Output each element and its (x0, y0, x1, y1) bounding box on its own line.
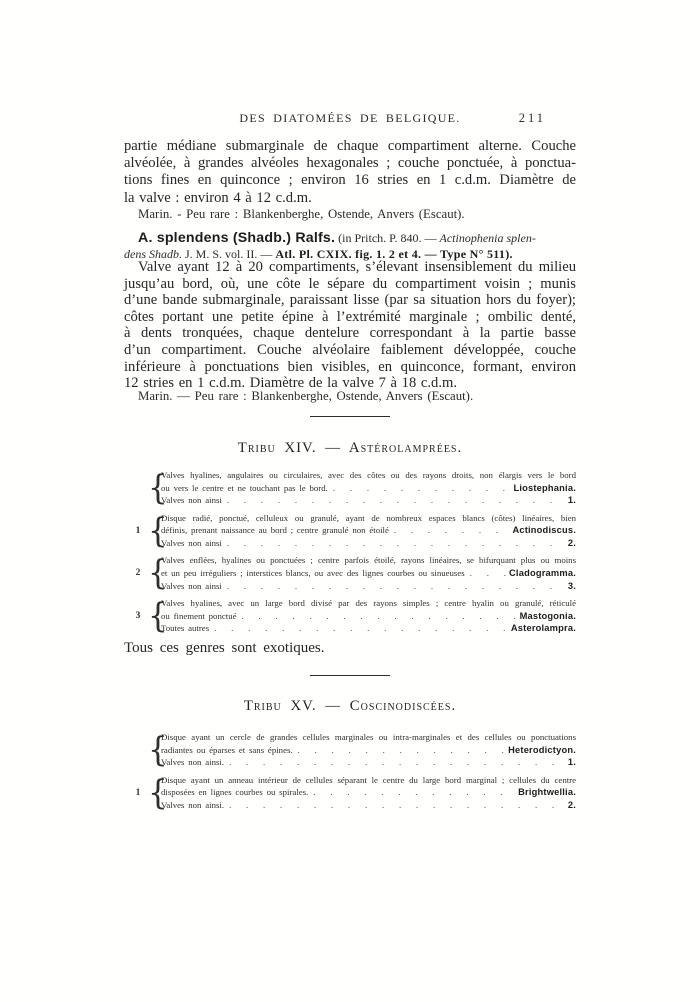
key-result-name: 1. (568, 756, 576, 769)
key-group-number (128, 469, 148, 507)
key-line-text: Valves non ainsi. (161, 756, 224, 769)
key-result-name: Actinodiscus. (512, 524, 576, 537)
key-line: Valves hyalines, avec un large bord divi… (161, 597, 576, 610)
tribu-xv-heading: Tribu XV. — Coscinodiscées. (124, 698, 576, 715)
text-segment-italic: Actinophenia splen- (440, 231, 536, 245)
key-line-text: radiantes ou éparses et sans épines. (161, 744, 293, 757)
dot-leader: . . . . . . . . . . . . . . . . . . . . … (394, 524, 510, 537)
key-result-name: 2. (568, 537, 576, 550)
key-line-text: ou finement ponctué (161, 610, 237, 623)
key-line: ou finement ponctué. . . . . . . . . . .… (161, 610, 576, 623)
key-result-name: Mastogonia. (520, 610, 576, 623)
dot-leader: . . . . . . . . . . . . . . . . . . . . … (470, 567, 506, 580)
key-line-text: Valves non ainsi. (161, 799, 224, 812)
text-line: côtes portant une petite épine à l’extré… (124, 309, 576, 326)
key-line: ou vers le centre et ne touchant pas le … (161, 482, 576, 495)
key-result-name: Heterodictyon. (508, 744, 576, 757)
page-number: 211 (519, 111, 546, 126)
key-line: Valves non ainsi. . . . . . . . . . . . … (161, 580, 576, 593)
key-line: Disque radié, ponctué, celluleux ou gran… (161, 512, 576, 525)
key-line: Disque ayant un anneau intérieur de cell… (161, 774, 576, 787)
key-result-name: Asterolampra. (511, 622, 576, 635)
key-line: radiantes ou éparses et sans épines.. . … (161, 744, 576, 757)
text-line: d’un compartiment. Couche alvéolaire fai… (124, 342, 576, 359)
dot-leader: . . . . . . . . . . . . . . . . . . . . … (227, 537, 565, 550)
dot-leader: . . . . . . . . . . . . . . . . . . . . … (227, 494, 565, 507)
paragraph-couche-alveolee: partie médiane submarginale de chaque co… (124, 138, 576, 207)
key-line: et un peu irréguliers ; interstices blan… (161, 567, 576, 580)
key-table-asterolamprees: {Valves hyalines, angulaires ou circulai… (128, 469, 576, 639)
text-line: alvéolée, à grandes alvéoles hexagonales… (124, 155, 576, 172)
text-segment-roman: (in Pritch. P. 840. — (335, 231, 439, 245)
dot-leader: . . . . . . . . . . . . . . . . . . . . … (214, 622, 508, 635)
key-line-text: définis, prenant naissance au bord ; cen… (161, 524, 389, 537)
key-result-name: 2. (568, 799, 576, 812)
key-result-name: 3. (568, 580, 576, 593)
section-rule-1 (310, 416, 390, 417)
exotic-genera-note: Tous ces genres sont exotiques. (124, 640, 576, 657)
dot-leader: . . . . . . . . . . . . . . . . . . . . … (229, 799, 565, 812)
paragraph-valve-description: Valve ayant 12 à 20 compartiments, s’éle… (124, 259, 576, 392)
key-group: {Valves hyalines, angulaires ou circulai… (128, 469, 576, 507)
key-line: définis, prenant naissance au bord ; cen… (161, 524, 576, 537)
key-group: 1{Disque radié, ponctué, celluleux ou gr… (128, 512, 576, 550)
habitat-line-1: Marin. - Peu rare : Blankenberghe, Osten… (124, 207, 576, 222)
key-line: Valves enflées, hyalines ou ponctuées ; … (161, 554, 576, 567)
dot-leader: . . . . . . . . . . . . . . . . . . . . … (333, 482, 511, 495)
key-line: Disque ayant un cercle de grandes cellul… (161, 731, 576, 744)
key-result-name: 1. (568, 494, 576, 507)
key-result-name: Cladogramma. (509, 567, 576, 580)
key-group-number: 2 (128, 554, 148, 592)
text-line: jusqu’au bord, où, une côte le sépare du… (124, 276, 576, 293)
dot-leader: . . . . . . . . . . . . . . . . . . . . … (242, 610, 517, 623)
key-group-number (128, 731, 148, 769)
key-group-lines: Valves hyalines, avec un large bord divi… (159, 597, 576, 635)
running-head: DES DIATOMÉES DE BELGIQUE. 211 (124, 111, 576, 127)
book-page: DES DIATOMÉES DE BELGIQUE. 211 partie mé… (0, 0, 700, 1002)
key-line-text: Valves non ainsi (161, 494, 222, 507)
key-line: Valves hyalines, angulaires ou circulair… (161, 469, 576, 482)
text-line: d’une bande submarginale, paraissant lis… (124, 292, 576, 309)
brace-icon: { (148, 729, 159, 770)
key-table-coscinodiscees: {Disque ayant un cercle de grandes cellu… (128, 731, 576, 816)
tribu-xiv-heading: Tribu XIV. — Astérolamprées. (124, 440, 576, 457)
key-group-number: 1 (128, 774, 148, 812)
text-line: Valve ayant 12 à 20 compartiments, s’éle… (124, 259, 576, 276)
text-line: la valve : environ 4 à 12 c.d.m. (124, 190, 576, 207)
key-line-text: et un peu irréguliers ; interstices blan… (161, 567, 465, 580)
brace-icon: { (148, 467, 159, 508)
key-group: 3{Valves hyalines, avec un large bord di… (128, 597, 576, 635)
key-group-number: 3 (128, 597, 148, 635)
key-line: Valves non ainsi.. . . . . . . . . . . .… (161, 799, 576, 812)
key-result-name: Liostephania. (513, 482, 576, 495)
key-line: disposées en lignes courbes ou spirales.… (161, 786, 576, 799)
text-line: partie médiane submarginale de chaque co… (124, 138, 576, 155)
key-group-lines: Valves hyalines, angulaires ou circulair… (159, 469, 576, 507)
key-group-lines: Disque ayant un anneau intérieur de cell… (159, 774, 576, 812)
running-head-title: DES DIATOMÉES DE BELGIQUE. (124, 111, 576, 126)
key-line-text: disposées en lignes courbes ou spirales. (161, 786, 308, 799)
dot-leader: . . . . . . . . . . . . . . . . . . . . … (298, 744, 506, 757)
section-rule-2 (310, 675, 390, 676)
dot-leader: . . . . . . . . . . . . . . . . . . . . … (229, 756, 565, 769)
dot-leader: . . . . . . . . . . . . . . . . . . . . … (227, 580, 565, 593)
text-line: inférieure à ponctuations bien visibles,… (124, 359, 576, 376)
key-group: {Disque ayant un cercle de grandes cellu… (128, 731, 576, 769)
key-group: 2{Valves enflées, hyalines ou ponctuées … (128, 554, 576, 592)
key-group-lines: Valves enflées, hyalines ou ponctuées ; … (159, 554, 576, 592)
key-line: Toutes autres. . . . . . . . . . . . . .… (161, 622, 576, 635)
key-line: Valves non ainsi.. . . . . . . . . . . .… (161, 756, 576, 769)
text-segment-bold-sans: A. splendens (Shadb.) Ralfs. (138, 230, 335, 246)
habitat-line-2: Marin. — Peu rare : Blankenberghe, Osten… (124, 389, 576, 404)
key-result-name: Brightwellia. (518, 786, 576, 799)
text-line: tions fines en quinconce ; environ 16 st… (124, 172, 576, 189)
brace-icon: { (148, 553, 159, 594)
key-group-number: 1 (128, 512, 148, 550)
key-group-lines: Disque radié, ponctué, celluleux ou gran… (159, 512, 576, 550)
key-line-text: ou vers le centre et ne touchant pas le … (161, 482, 328, 495)
text-column: DES DIATOMÉES DE BELGIQUE. 211 partie mé… (124, 0, 576, 1002)
key-line-text: Toutes autres (161, 622, 209, 635)
brace-icon: { (148, 595, 159, 636)
brace-icon: { (148, 510, 159, 551)
key-line-text: Valves non ainsi (161, 580, 222, 593)
key-group: 1{Disque ayant un anneau intérieur de ce… (128, 774, 576, 812)
key-group-lines: Disque ayant un cercle de grandes cellul… (159, 731, 576, 769)
dot-leader: . . . . . . . . . . . . . . . . . . . . … (313, 786, 515, 799)
text-line: à dents tronquées, chaque dentelure corr… (124, 325, 576, 342)
key-line: Valves non ainsi. . . . . . . . . . . . … (161, 494, 576, 507)
key-line: Valves non ainsi. . . . . . . . . . . . … (161, 537, 576, 550)
brace-icon: { (148, 772, 159, 813)
key-line-text: Valves non ainsi (161, 537, 222, 550)
